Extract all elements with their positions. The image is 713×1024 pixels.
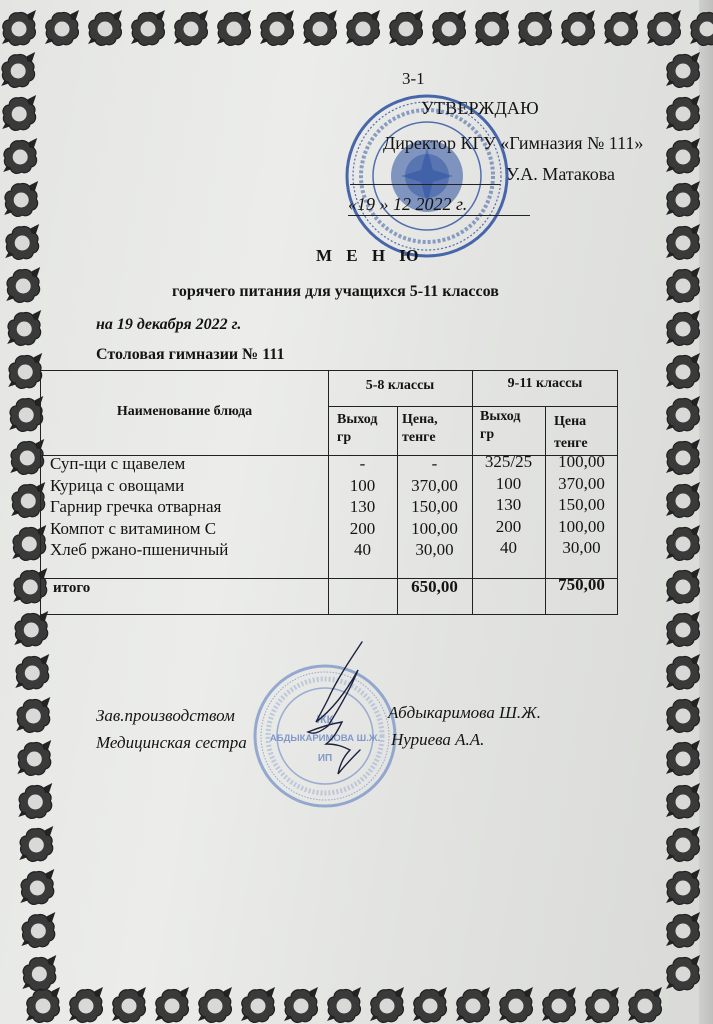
- signature-line: [350, 168, 500, 185]
- g1-price-column: -370,00150,00100,0030,00: [397, 453, 472, 561]
- g2-yield-column: 325/2510013020040: [472, 451, 545, 559]
- table-cell-g1-yield: 130: [328, 496, 397, 518]
- director-title: Директор КГУ «Гимназия № 111»: [383, 133, 643, 154]
- table-cell-g2-price: 150,00: [545, 494, 618, 516]
- table-cell-g1-yield: 200: [328, 518, 397, 540]
- paper-edge: [699, 0, 713, 1024]
- table-cell-g1-yield: -: [328, 453, 397, 475]
- table-cell-g1-price: 100,00: [397, 518, 472, 540]
- g1-price-header: Цена,тенге: [402, 411, 438, 447]
- table-cell-g2-price: 100,00: [545, 451, 618, 473]
- signature-role-nurse: Медицинская сестра: [96, 733, 247, 753]
- table-cell-g1-yield: 100: [328, 475, 397, 497]
- menu-title: М Е Н Ю: [316, 246, 424, 266]
- menu-subtitle: горячего питания для учащихся 5-11 класс…: [172, 283, 499, 301]
- table-cell-g2-yield: 325/25: [472, 451, 545, 473]
- g2-price-header: Ценатенге: [554, 411, 588, 454]
- total-label: итого: [53, 580, 90, 597]
- dish-name-header: Наименование блюда: [41, 403, 328, 421]
- table-cell-g2-price: 370,00: [545, 473, 618, 495]
- table-cell-g2-yield: 40: [472, 537, 545, 559]
- table-cell-g2-yield: 130: [472, 494, 545, 516]
- table-cell-dish: Гарнир гречка отварная: [50, 496, 228, 518]
- menu-date: на 19 декабря 2022 г.: [96, 316, 241, 334]
- table-cell-g2-price: 100,00: [545, 516, 618, 538]
- table-cell-g1-yield: 40: [328, 539, 397, 561]
- g1-yield-header: Выходгр: [337, 411, 377, 447]
- table-cell-g2-yield: 100: [472, 473, 545, 495]
- canteen-name: Столовая гимназии № 111: [96, 346, 284, 364]
- group-header-5-8: 5-8 классы: [328, 377, 472, 395]
- table-cell-g2-price: 30,00: [545, 537, 618, 559]
- table-cell-g1-price: 370,00: [397, 475, 472, 497]
- director-name-line: У.А. Матакова: [350, 164, 620, 185]
- dish-column: Суп-щи с щавелемКурица с овощамиГарнир г…: [50, 453, 228, 561]
- handwritten-signature: [280, 640, 420, 810]
- table-cell-dish: Суп-щи с щавелем: [50, 453, 228, 475]
- table-cell-dish: Компот с витамином С: [50, 518, 228, 540]
- g2-yield-header: Выходгр: [480, 408, 520, 444]
- document-number: 3-1: [402, 69, 425, 89]
- table-cell-g1-price: 150,00: [397, 496, 472, 518]
- table-cell-dish: Курица с овощами: [50, 475, 228, 497]
- g2-price-column: 100,00370,00150,00100,0030,00: [545, 451, 618, 559]
- total-9-11: 750,00: [545, 575, 618, 595]
- total-5-8: 650,00: [397, 577, 472, 597]
- signature-name-nurse: Нуриева А.А.: [391, 730, 484, 750]
- table-cell-dish: Хлеб ржано-пшеничный: [50, 539, 228, 561]
- table-cell-g2-yield: 200: [472, 516, 545, 538]
- signature-name-production: Абдыкаримова Ш.Ж.: [388, 703, 541, 723]
- menu-table: Наименование блюда 5-8 классы 9-11 класс…: [40, 370, 618, 615]
- signature-role-production: Зав.производством: [96, 706, 235, 726]
- table-cell-g1-price: -: [397, 453, 472, 475]
- g1-yield-column: -10013020040: [328, 453, 397, 561]
- approve-label: УТВЕРЖДАЮ: [421, 98, 539, 119]
- approval-date: «19 » 12 2022 г.: [348, 194, 530, 216]
- group-header-9-11: 9-11 классы: [472, 375, 618, 393]
- table-cell-g1-price: 30,00: [397, 539, 472, 561]
- director-name: У.А. Матакова: [506, 164, 615, 184]
